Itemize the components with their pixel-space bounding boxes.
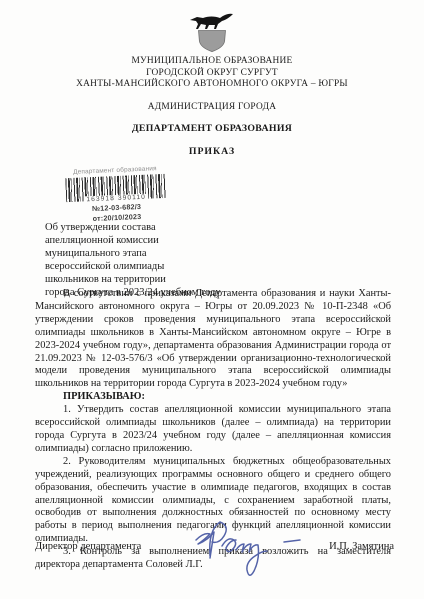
signer-position: Директор департамента [35, 541, 141, 552]
org-line-2: ГОРОДСКОЙ ОКРУГ СУРГУТ [0, 68, 424, 80]
order-item-1: 1. Утвердить состав апелляционной комисс… [35, 404, 391, 456]
order-document-page: МУНИЦИПАЛЬНОЕ ОБРАЗОВАНИЕ ГОРОДСКОЙ ОКРУ… [0, 0, 424, 599]
org-line-3: ХАНТЫ-МАНСИЙСКОГО АВТОНОМНОГО ОКРУГА – Ю… [0, 79, 424, 91]
signer-name: И.П. Замятина [329, 541, 394, 552]
department-line: ДЕПАРТАМЕНТ ОБРАЗОВАНИЯ [0, 123, 424, 134]
barcode: 163918 390110 [65, 174, 166, 202]
subject-line: муниципального этапа [45, 247, 285, 260]
fox-icon [189, 11, 235, 31]
subject-line: школьников на территории [45, 273, 285, 286]
document-type-title: ПРИКАЗ [0, 146, 424, 157]
shield-icon [197, 29, 227, 53]
subject-line: апелляционной комиссии [45, 234, 285, 247]
subject-line: всероссийской олимпиады [45, 260, 285, 273]
administration-line: АДМИНИСТРАЦИЯ ГОРОДА [0, 102, 424, 112]
org-line-1: МУНИЦИПАЛЬНОЕ ОБРАЗОВАНИЕ [0, 56, 424, 68]
letterhead: МУНИЦИПАЛЬНОЕ ОБРАЗОВАНИЕ ГОРОДСКОЙ ОКРУ… [0, 56, 424, 157]
order-word: ПРИКАЗЫВАЮ: [35, 391, 391, 404]
signature-row: Директор департамента И.П. Замятина [35, 541, 394, 552]
registration-stamp: Департамент образования 163918 390110 №1… [57, 164, 175, 224]
subject-line: Об утверждении состава [45, 221, 285, 234]
intro-paragraph: В соответствии с приказами Департамента … [35, 288, 391, 391]
surgut-emblem [0, 11, 424, 53]
